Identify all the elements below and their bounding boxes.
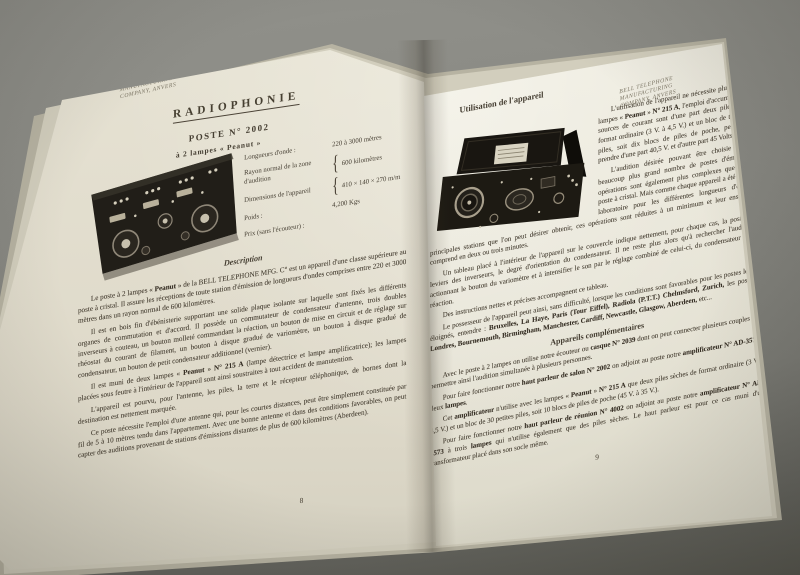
right-page-content: BELL TELEPHONE MANUFACTURING COMPANY, AN… [430, 37, 768, 575]
usage-heading: Utilisation de l'appareil [459, 89, 543, 115]
spec-value: 600 kilomètres [342, 149, 414, 168]
photo-open-radio-catalog: BELL TELEPHONE MANUFACTURING COMPANY, AN… [0, 0, 800, 575]
brace-glyph: { [332, 154, 339, 176]
usage-body: L'utilisation de l'appareil ne nécessite… [430, 77, 764, 493]
spec-list: Longueurs d'onde : 220 à 3000 mètres Ray… [244, 129, 414, 247]
page-number-left: 8 [137, 471, 465, 529]
brace-glyph: { [332, 177, 339, 199]
left-page-content: BELL TELEPHONE MANUFACTURING COMPANY, AN… [78, 1, 408, 561]
section-title: RADIOPHONIE [173, 90, 299, 124]
spec-label: Dimensions de l'appareil [244, 185, 329, 206]
manufacturer-ink-stamp: BELL TELEPHONE MANUFACTURING COMPANY, AN… [119, 68, 177, 101]
spec-value: 410 × 140 × 270 m/m [342, 172, 414, 191]
spec-value [332, 210, 414, 222]
